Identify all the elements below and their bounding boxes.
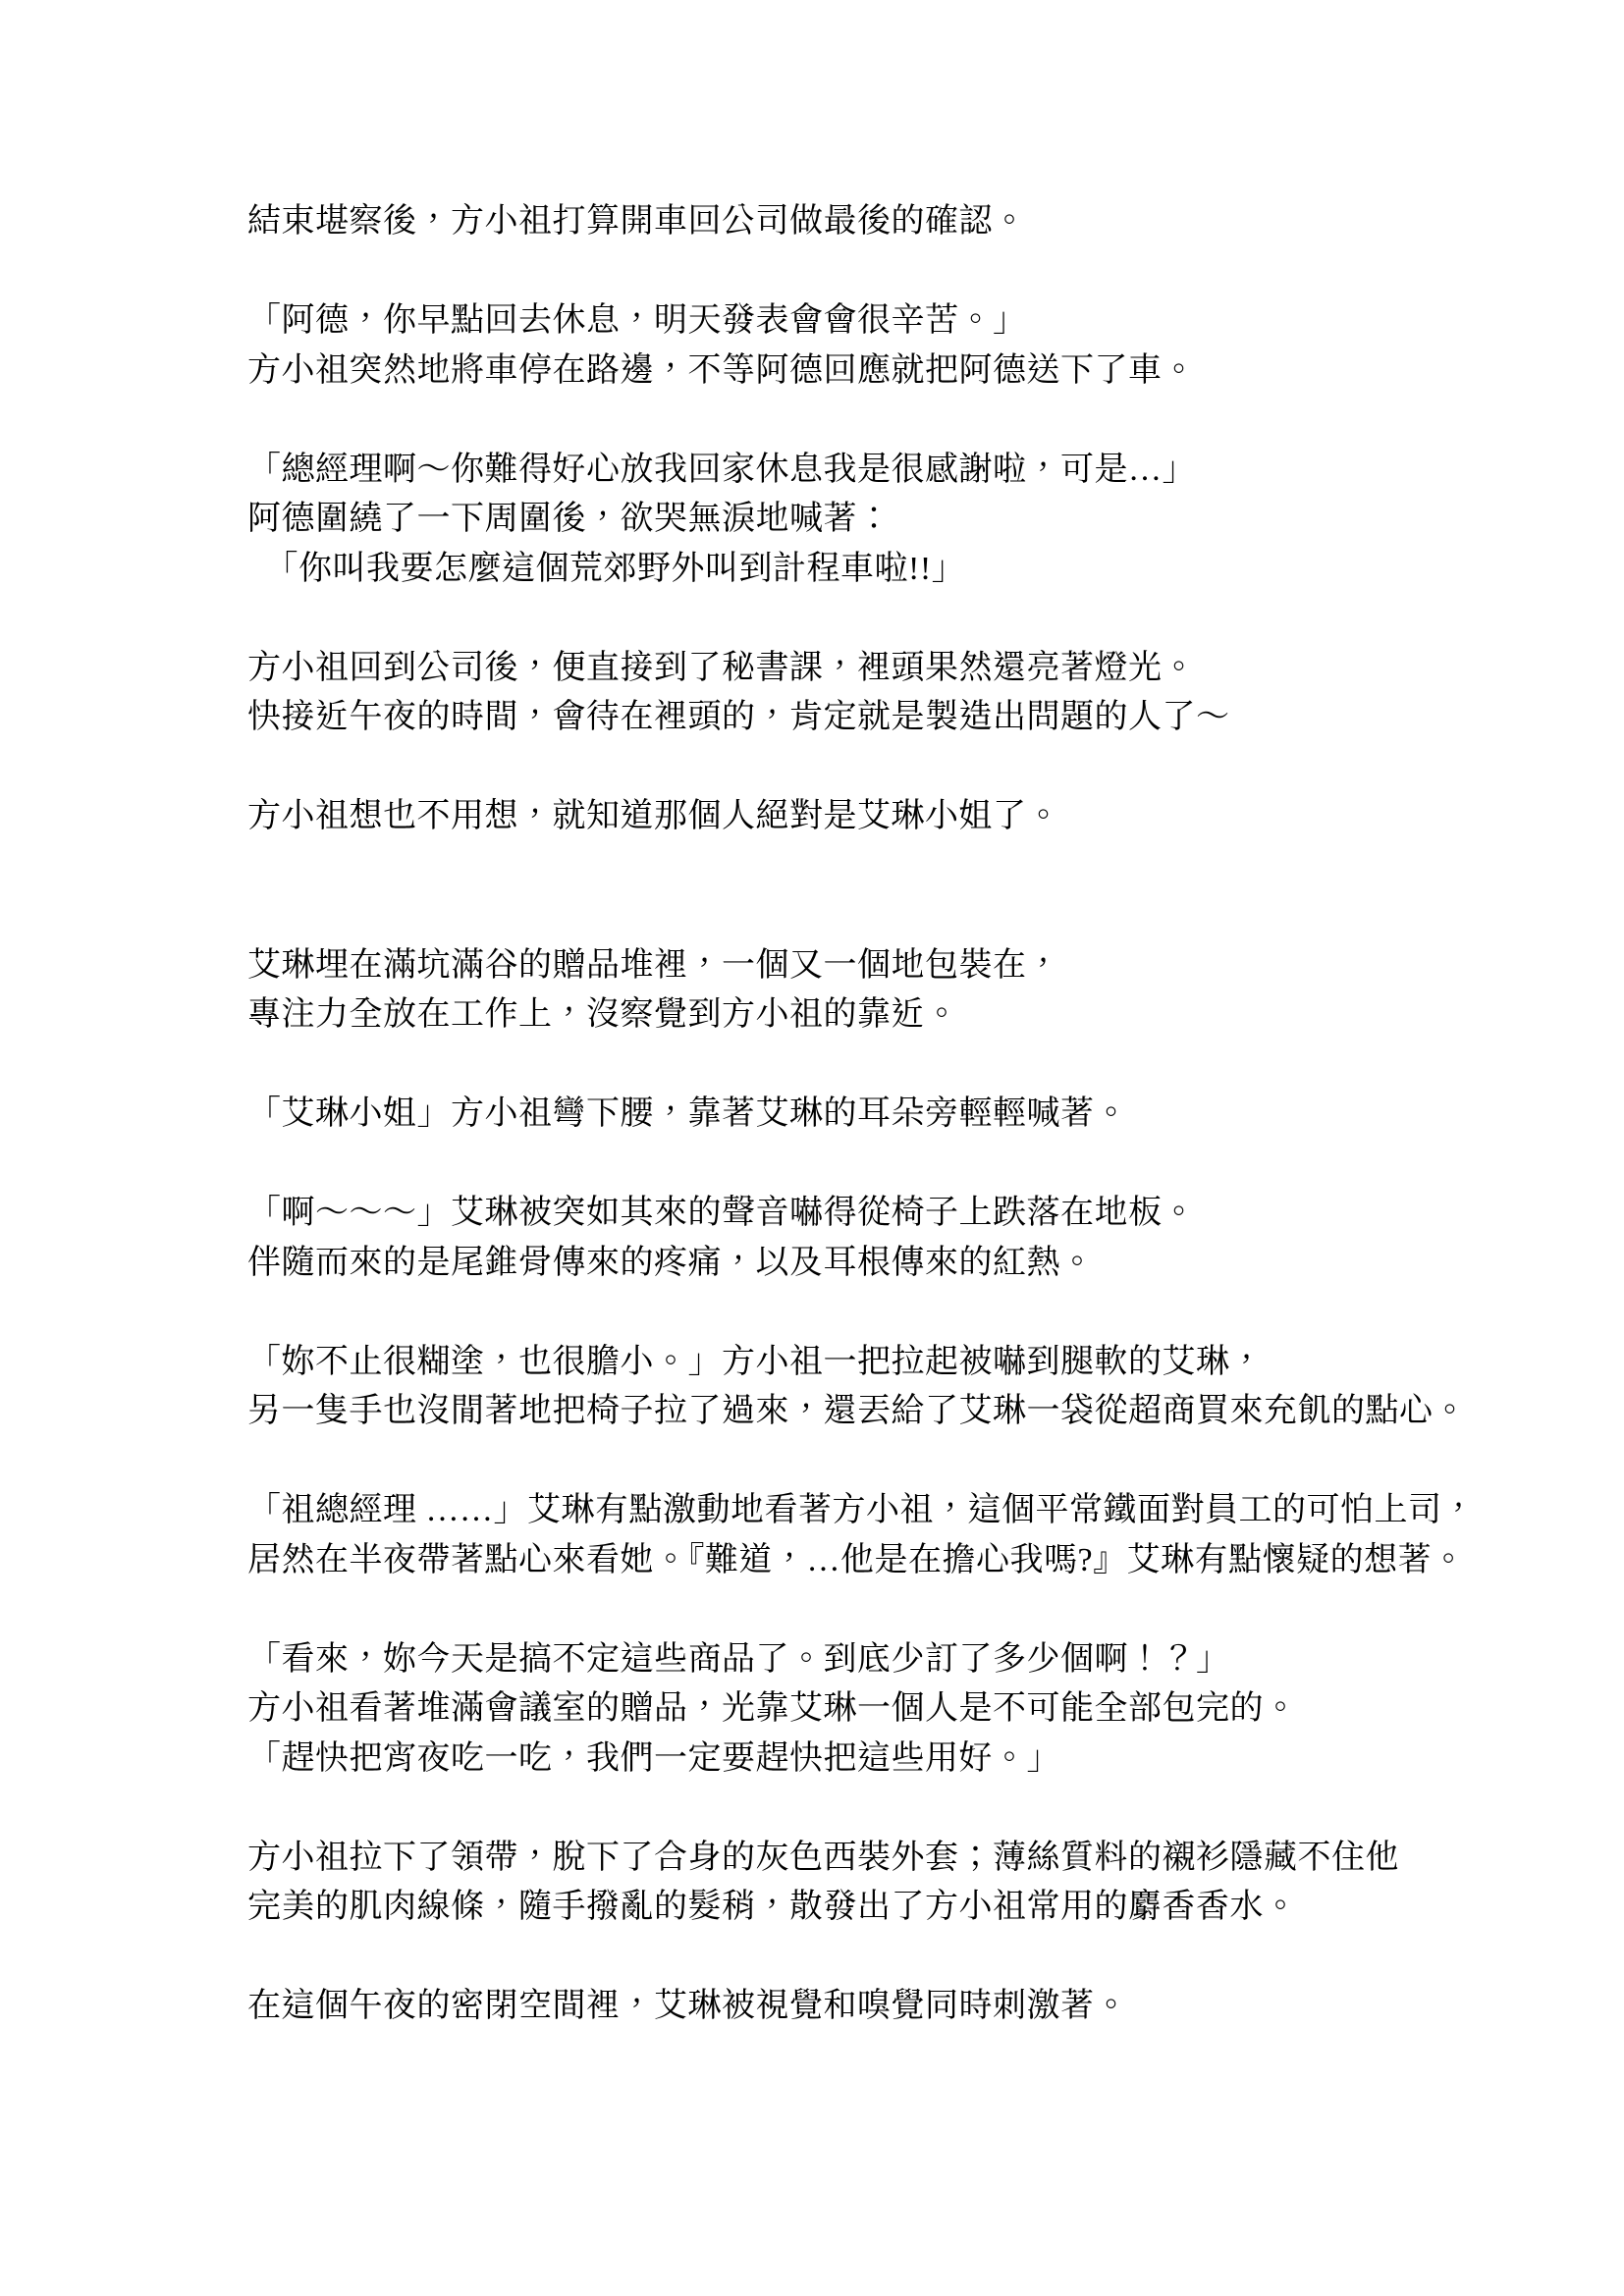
blank-line: [247, 1437, 1514, 1487]
text-line: 在這個午夜的密閉空間裡，艾琳被視覺和嗅覺同時刺激著。: [247, 1982, 1514, 2032]
text-line: 「你叫我要怎麼這個荒郊野外叫到計程車啦!!」: [247, 545, 1514, 595]
text-line: 完美的肌肉線條，隨手撥亂的髮稍，散發出了方小祖常用的麝香香水。: [247, 1883, 1514, 1933]
text-line: 另一隻手也沒閒著地把椅子拉了過來，還丟給了艾琳一袋從超商買來充飢的點心。: [247, 1387, 1514, 1437]
text-line: 「妳不止很糊塗，也很膽小。」方小祖一把拉起被嚇到腿軟的艾琳，: [247, 1338, 1514, 1388]
text-line: 伴隨而來的是尾錐骨傳來的疼痛，以及耳根傳來的紅熱。: [247, 1239, 1514, 1289]
blank-line: [247, 842, 1514, 892]
blank-line: [247, 891, 1514, 941]
text-line: 結束堪察後，方小祖打算開車回公司做最後的確認。: [247, 197, 1514, 247]
blank-line: [247, 594, 1514, 644]
story-text-block: 結束堪察後，方小祖打算開車回公司做最後的確認。「阿德，你早點回去休息，明天發表會…: [247, 197, 1514, 2032]
text-line: 居然在半夜帶著點心來看她。『難道，…他是在擔心我嗎?』艾琳有點懷疑的想著。: [247, 1536, 1514, 1586]
text-line: 阿德圍繞了一下周圍後，欲哭無淚地喊著：: [247, 495, 1514, 545]
text-line: 「看來，妳今天是搞不定這些商品了。到底少訂了多少個啊！？」: [247, 1635, 1514, 1685]
blank-line: [247, 1585, 1514, 1635]
text-line: 專注力全放在工作上，沒察覺到方小祖的靠近。: [247, 990, 1514, 1041]
blank-line: [247, 1784, 1514, 1834]
blank-line: [247, 1933, 1514, 1983]
blank-line: [247, 1041, 1514, 1091]
blank-line: [247, 1140, 1514, 1190]
text-line: 方小祖想也不用想，就知道那個人絕對是艾琳小姐了。: [247, 792, 1514, 842]
text-line: 「祖總經理 ……」艾琳有點激動地看著方小祖，這個平常鐵面對員工的可怕上司，: [247, 1486, 1514, 1536]
text-line: 方小祖突然地將車停在路邊，不等阿德回應就把阿德送下了車。: [247, 347, 1514, 397]
blank-line: [247, 247, 1514, 297]
blank-line: [247, 743, 1514, 793]
text-line: 「阿德，你早點回去休息，明天發表會會很辛苦。」: [247, 296, 1514, 347]
text-line: 方小祖拉下了領帶，脫下了合身的灰色西裝外套；薄絲質料的襯衫隱藏不住他: [247, 1834, 1514, 1884]
text-line: 「總經理啊～你難得好心放我回家休息我是很感謝啦，可是…」: [247, 446, 1514, 496]
text-line: 方小祖回到公司後，便直接到了秘書課，裡頭果然還亮著燈光。: [247, 644, 1514, 694]
text-line: 「啊～～～」艾琳被突如其來的聲音嚇得從椅子上跌落在地板。: [247, 1189, 1514, 1239]
blank-line: [247, 396, 1514, 446]
document-page: 結束堪察後，方小祖打算開車回公司做最後的確認。「阿德，你早點回去休息，明天發表會…: [0, 0, 1624, 2296]
text-line: 艾琳埋在滿坑滿谷的贈品堆裡，一個又一個地包裝在，: [247, 941, 1514, 991]
text-line: 方小祖看著堆滿會議室的贈品，光靠艾琳一個人是不可能全部包完的。: [247, 1684, 1514, 1735]
text-line: 快接近午夜的時間，會待在裡頭的，肯定就是製造出問題的人了～: [247, 693, 1514, 743]
blank-line: [247, 1288, 1514, 1338]
text-line: 「趕快把宵夜吃一吃，我們一定要趕快把這些用好。」: [247, 1735, 1514, 1785]
text-line: 「艾琳小姐」方小祖彎下腰，靠著艾琳的耳朵旁輕輕喊著。: [247, 1090, 1514, 1140]
